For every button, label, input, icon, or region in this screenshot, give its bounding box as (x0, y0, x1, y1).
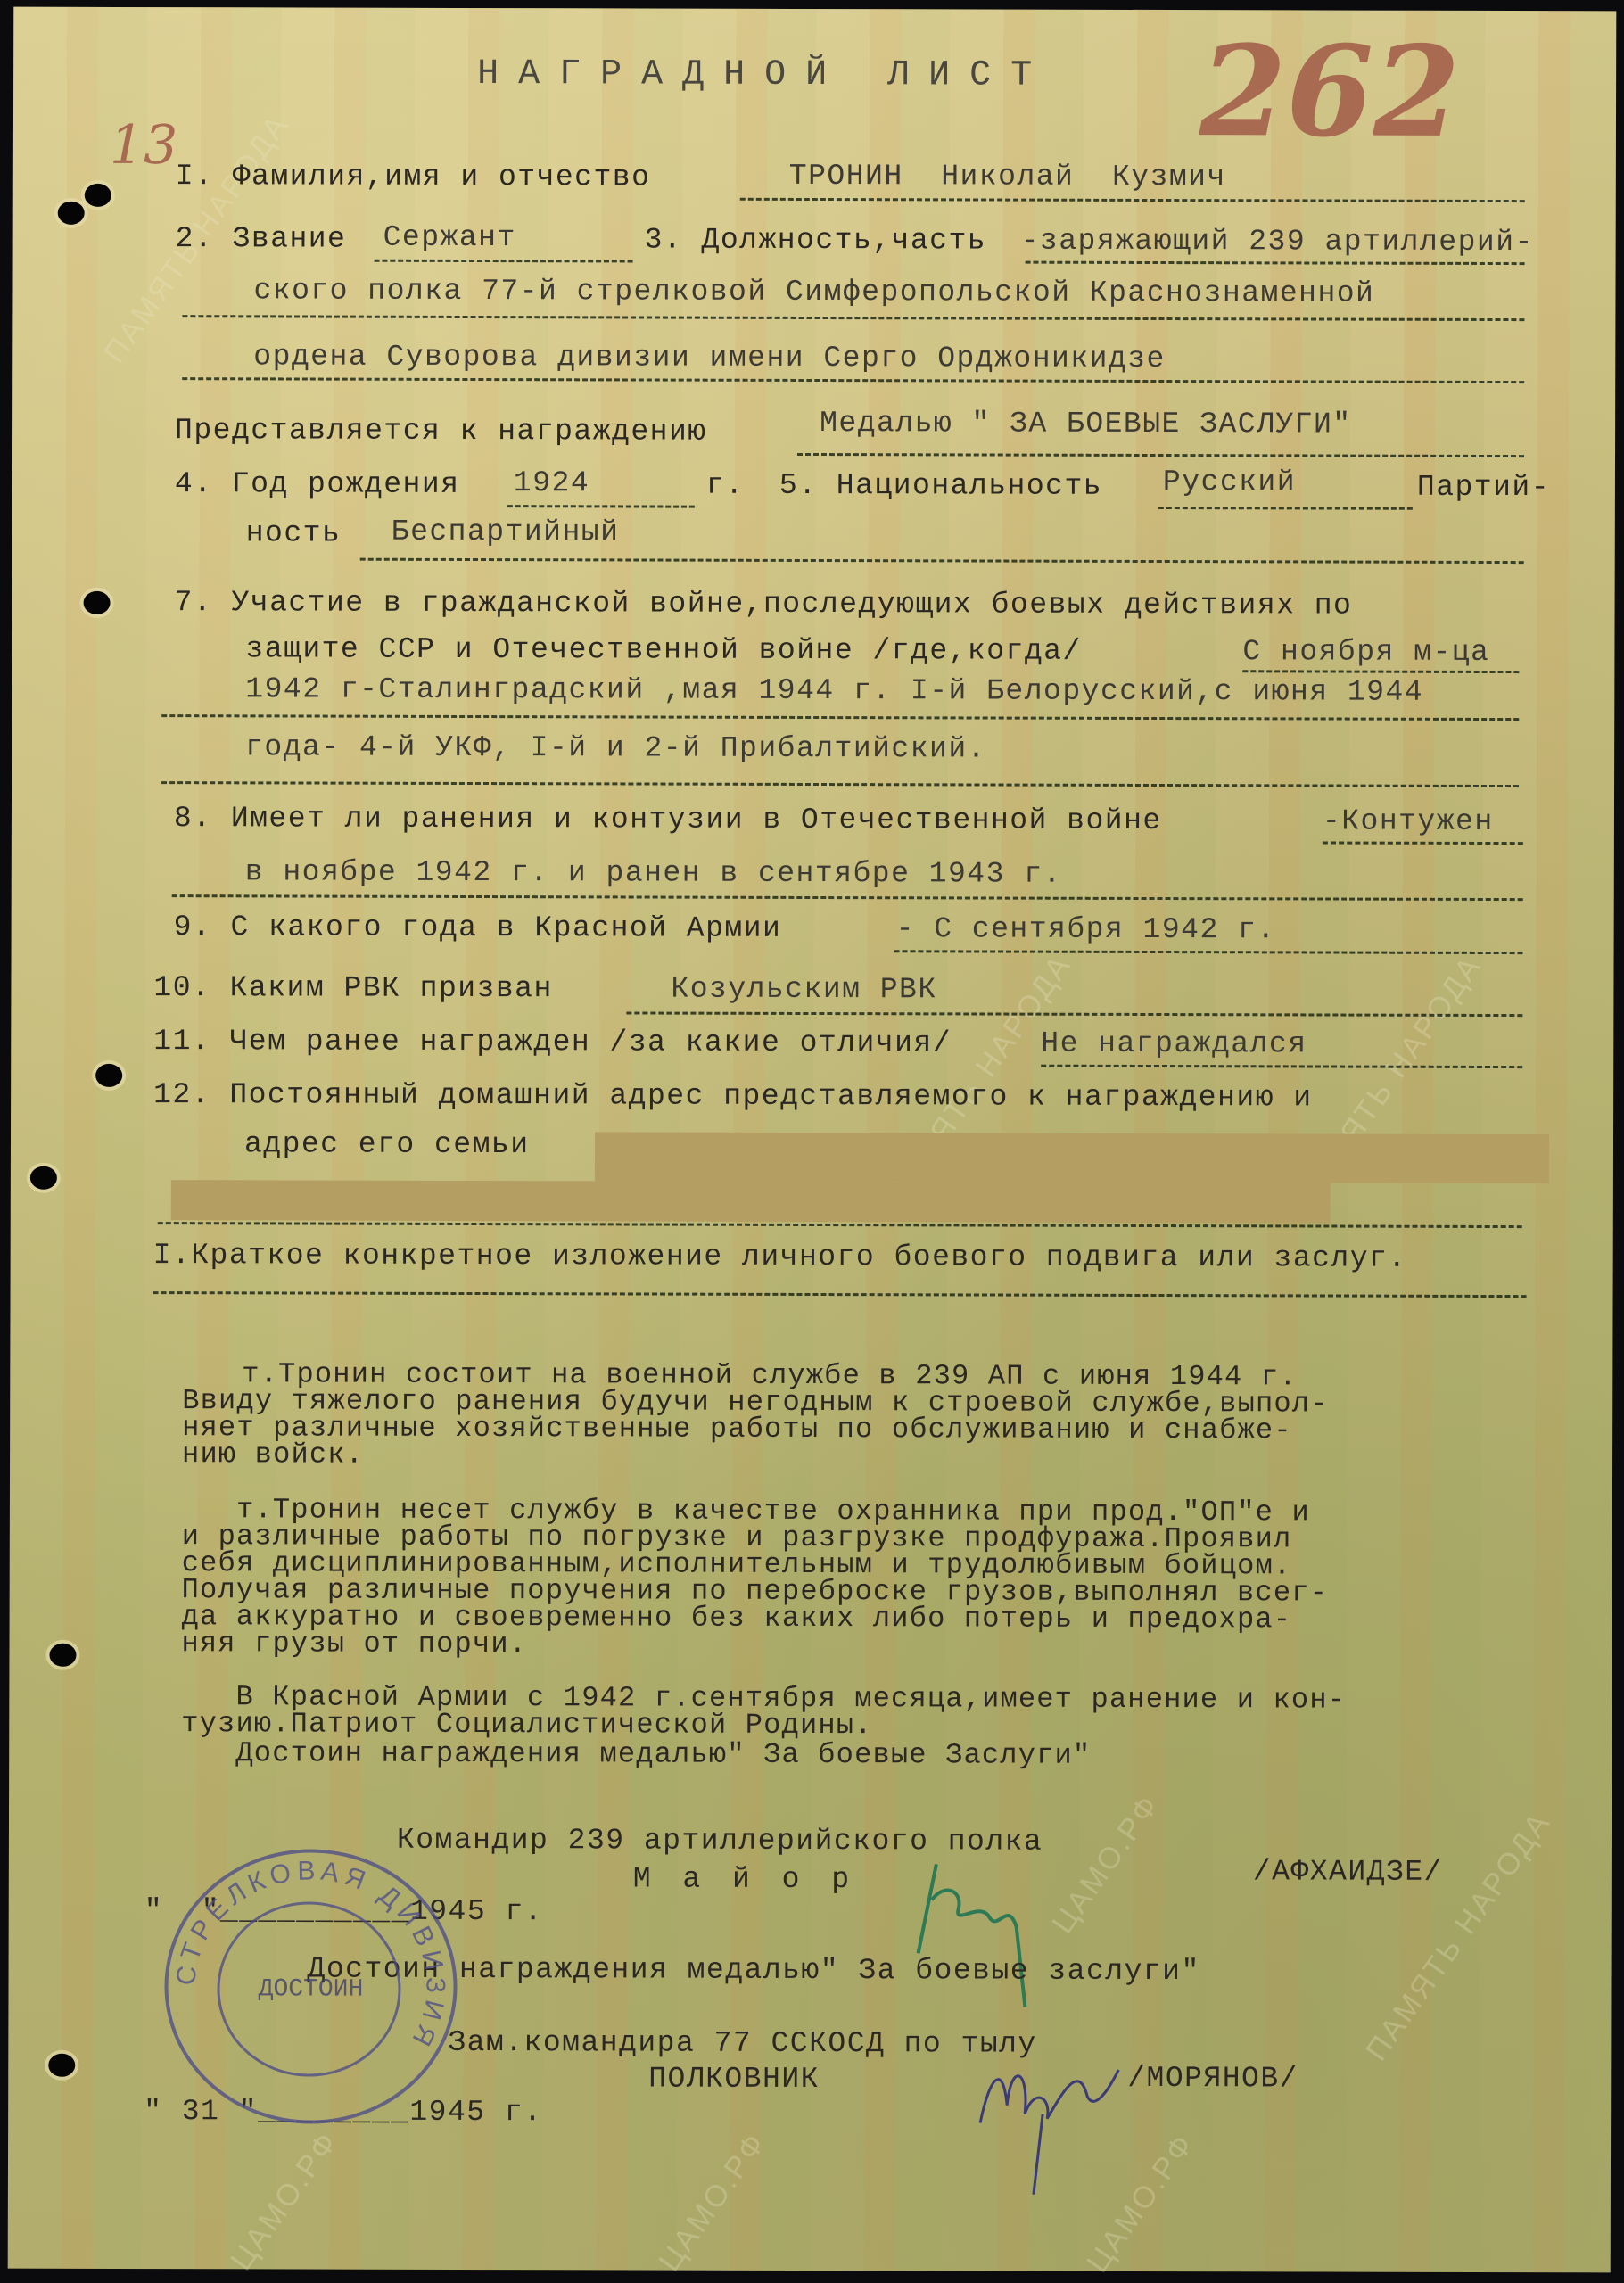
field-11-value: Не награждался (1041, 1026, 1307, 1063)
field-7-label-line1: 7. Участие в гражданской войне,последующ… (175, 585, 1353, 623)
underline (1158, 507, 1413, 510)
svg-text:ДОСТОИН: ДОСТОИН (259, 1975, 364, 2003)
field-10-value: Козульским РВК (671, 972, 936, 1009)
underline (1026, 261, 1525, 265)
punch-hole (95, 1064, 122, 1087)
narrative-line: тузию.Патриот Социалистической Родины. (181, 1710, 872, 1738)
deputy-signature (962, 2042, 1176, 2204)
punch-hole (30, 1166, 57, 1190)
underline (153, 1291, 1527, 1298)
punch-hole (85, 184, 111, 207)
punch-hole (84, 591, 111, 614)
field-1-value: ТРОНИН Николай Кузмич (789, 159, 1226, 195)
archive-number-handwritten: 262 (1199, 19, 1461, 166)
field-3-value-line3: ордена Суворова дивизии имени Серго Ордж… (253, 339, 1166, 377)
underline (172, 894, 1523, 901)
deputy-rank: ПОЛКОВНИК (648, 2062, 820, 2098)
underline (797, 453, 1524, 457)
field-6-value: Беспартийный (392, 515, 620, 551)
underline (182, 315, 1524, 321)
deputy-title: Зам.командира 77 ССКОСД по тылу (448, 2025, 1037, 2063)
commander-rank: М а й о р (633, 1861, 856, 1898)
underline (1041, 1065, 1522, 1068)
underline (182, 377, 1524, 383)
field-7-label-line2: защите ССР и Отечественной войне /где,ко… (245, 631, 1081, 669)
underline (1323, 841, 1523, 845)
field-5-label: 5. Национальность (779, 468, 1102, 505)
field-11-label: 11. Чем ранее награжден /за какие отличи… (153, 1024, 952, 1061)
punch-hole (49, 1644, 76, 1667)
field-7-value-line2: 1942 г-Сталинградский ,мая 1944 г. I-й Б… (245, 672, 1423, 710)
watermark: ЦАМО.РФ (224, 2125, 345, 2278)
redacted-address (595, 1132, 1549, 1183)
narrative-line: Достоин награждения медалью" За боевые З… (181, 1740, 1091, 1768)
underline (1242, 670, 1519, 673)
punch-hole (48, 2054, 75, 2077)
field-12-label-line2: адрес его семьи (244, 1126, 530, 1163)
underline (161, 781, 1519, 787)
underline (375, 260, 633, 263)
field-8-label: 8. Имеет ли ранения и контузии в Отечест… (174, 801, 1162, 839)
underline (894, 950, 1523, 954)
division-stamp: СТРЕЛКОВАЯ ДИВИЗИЯ ДОСТОИН (164, 1849, 458, 2124)
field-8-value-line2: в ноябре 1942 г. и ранен в сентябре 1943… (245, 854, 1062, 892)
award-label: Представляется к награждению (175, 413, 707, 450)
field-4-label: 4. Год рождения (175, 466, 460, 503)
field-5-value: Русский (1163, 465, 1296, 500)
narrative-line: няя грузы от порчи. (181, 1630, 527, 1657)
field-8-value-line1: -Контужен (1323, 804, 1494, 840)
field-9-label: 9. С какого года в Красной Армии (174, 910, 782, 947)
svg-text:СТРЕЛКОВАЯ ДИВИЗИЯ: СТРЕЛКОВАЯ ДИВИЗИЯ (171, 1856, 450, 2056)
watermark: ЦАМО.РФ (652, 2126, 773, 2279)
underline (507, 505, 695, 508)
field-6-label-a: Партий- (1417, 470, 1550, 506)
field-9-value: - С сентября 1942 г. (896, 911, 1276, 948)
narrative: т.Тронин состоит на военной службе в 239… (13, 7, 1616, 12)
redacted-address (171, 1180, 1331, 1223)
field-12-label-line1: 12. Постоянный домашний адрес представля… (153, 1077, 1313, 1116)
underline (740, 198, 1525, 202)
field-2-label: 2. Звание (176, 221, 347, 258)
field-1-label: I. Фамилия,имя и отчество (176, 159, 651, 195)
field-2-value: Сержант (383, 220, 516, 256)
document-title: НАГРАДНОЙ ЛИСТ (477, 57, 1051, 95)
field-7-value-line3: года- 4-й УКФ, I-й и 2-й Прибалтийский. (245, 729, 986, 767)
stamp-ring-text: СТРЕЛКОВАЯ ДИВИЗИЯ ДОСТОИН (168, 1852, 454, 2121)
watermark: ПАМЯТЬ НАРОДА (1359, 1805, 1558, 2067)
field-10-label: 10. Каким РВК призван (153, 970, 552, 1007)
punch-hole (58, 202, 85, 225)
award-value: Медалью " ЗА БОЕВЫЕ ЗАСЛУГИ" (820, 406, 1352, 443)
narrative-line: нию войск. (182, 1441, 364, 1468)
underline (360, 558, 1524, 564)
corner-mark-handwritten: 13 (110, 114, 178, 177)
field-4-suffix: г. (706, 468, 745, 504)
field-3-value-line2: ского полка 77-й стрелковой Симферопольс… (253, 273, 1374, 311)
field-4-value: 1924 (514, 466, 589, 501)
award-sheet-page: ПАМЯТЬ НАРОДА ПАМЯТЬ НАРОДА ПАМЯТЬ НАРОД… (8, 7, 1617, 2273)
section-heading: I.Краткое конкретное изложение личного б… (153, 1238, 1407, 1277)
underline (626, 1011, 1522, 1017)
commander-name: /АФХАИДЗЕ/ (1253, 1854, 1443, 1891)
field-3-value-line1: -заряжающий 239 артиллерий- (1021, 224, 1534, 261)
underline (161, 714, 1519, 721)
commander-signature (882, 1846, 1106, 2025)
field-3-label: 3. Должность,часть (645, 223, 987, 260)
field-7-value-line1: С ноября м-ца (1242, 634, 1489, 671)
field-6-label-b: ность (246, 515, 342, 551)
